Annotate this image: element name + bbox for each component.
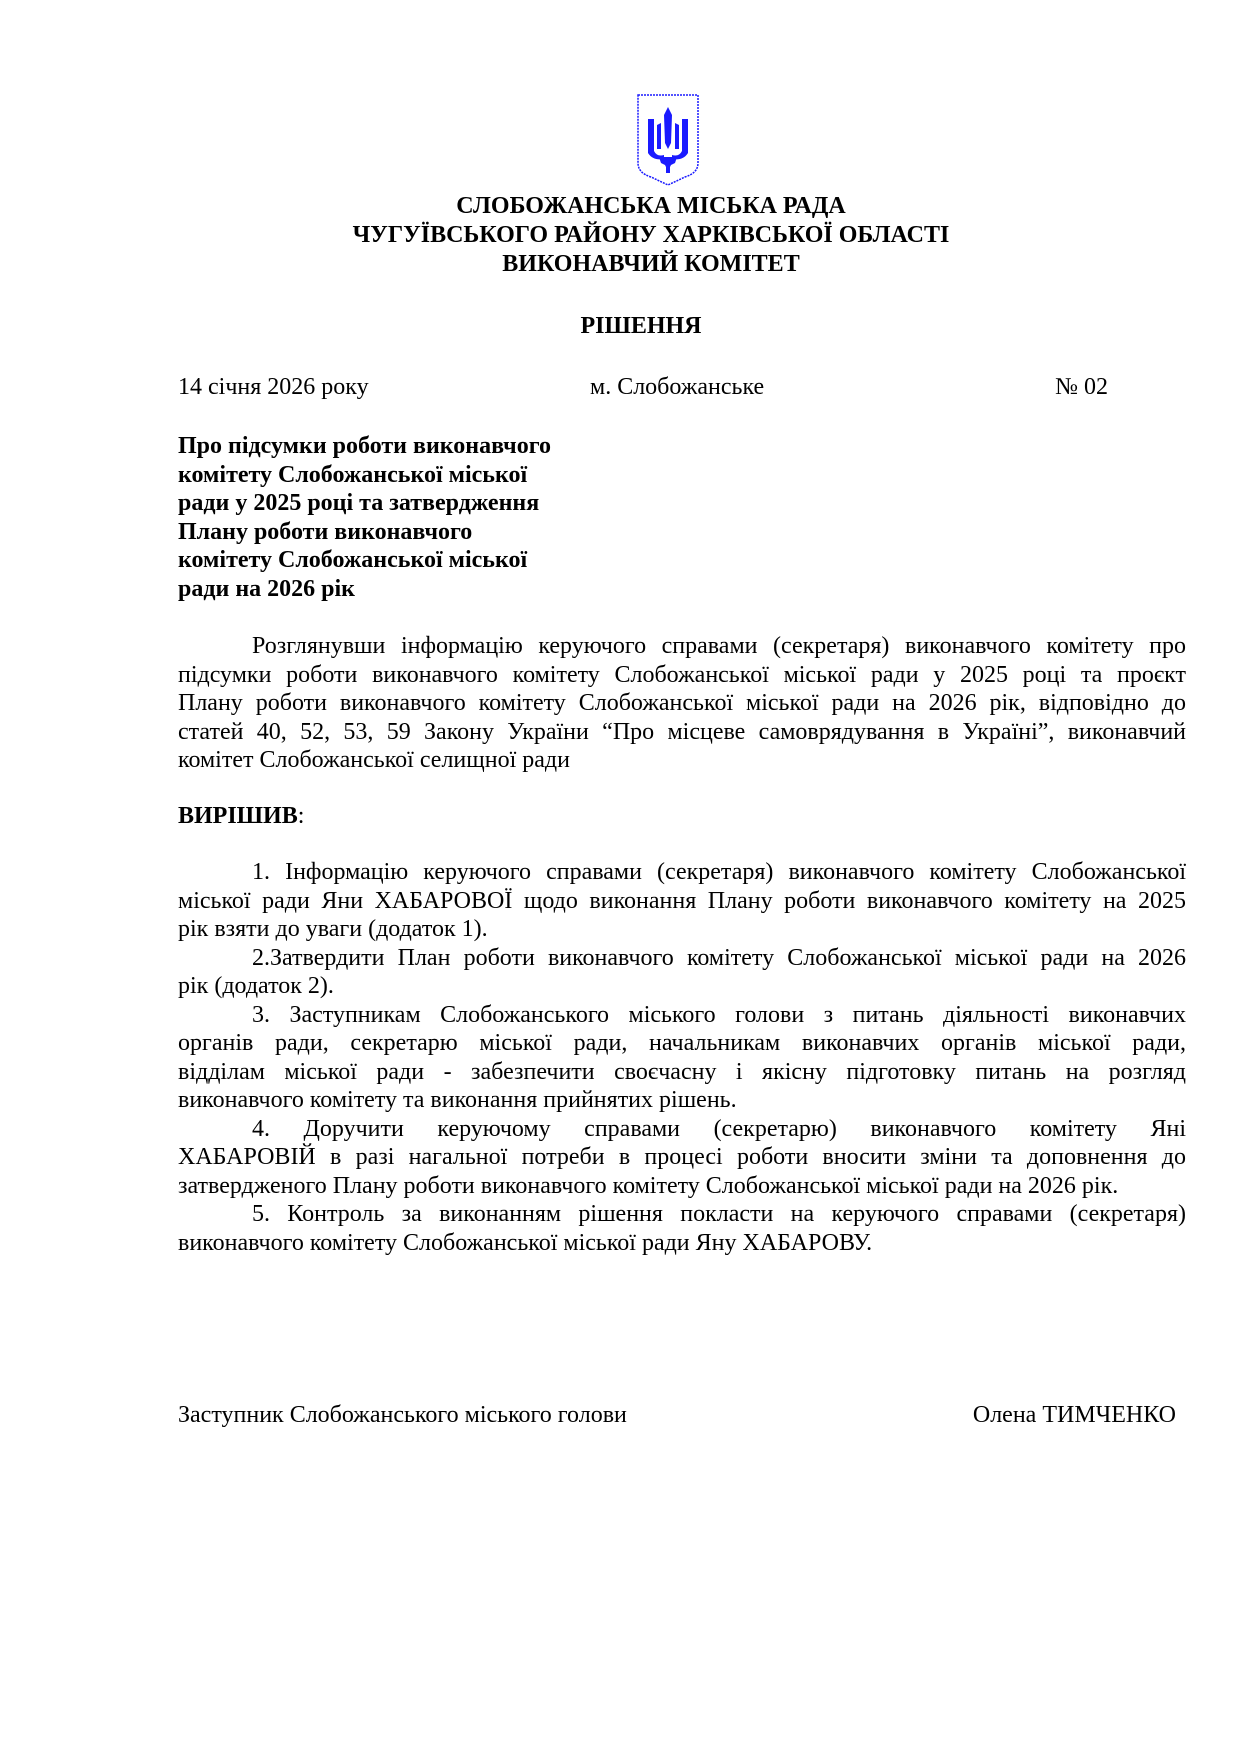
item-4-line: ХАБАРОВІЙ в разі нагальної потреби в про… <box>178 1143 1186 1172</box>
item-3-line: відділам міської ради - забезпечити своє… <box>178 1058 1186 1087</box>
item-2-line: 2.Затвердити План роботи виконавчого ком… <box>178 944 1186 973</box>
document-date: 14 січня 2026 року <box>178 374 369 401</box>
subject-line: ради у 2025 році та затвердження <box>178 489 598 518</box>
document-meta-row: 14 січня 2026 року м. Слобожанське № 02 <box>178 374 1108 404</box>
preamble-line: статей 40, 52, 53, 59 Закону України “Пр… <box>178 718 1186 747</box>
subject-line: ради на 2026 рік <box>178 575 598 604</box>
issuing-authority-header: СЛОБОЖАНСЬКА МІСЬКА РАДА ЧУГУЇВСЬКОГО РА… <box>0 192 1240 279</box>
item-4-line: 4. Доручити керуючому справами (секретар… <box>178 1115 1186 1144</box>
document-page: СЛОБОЖАНСЬКА МІСЬКА РАДА ЧУГУЇВСЬКОГО РА… <box>0 0 1240 1754</box>
signatory-position: Заступник Слобожанського міського голови <box>178 1402 627 1429</box>
ukraine-coat-of-arms-icon <box>635 93 701 187</box>
item-1-line: міської ради Яни ХАБАРОВОЇ щодо виконанн… <box>178 887 1186 916</box>
signature-block: Заступник Слобожанського міського голови… <box>178 1402 1176 1432</box>
preamble-line: підсумки роботи виконавчого комітету Сло… <box>178 661 1186 690</box>
resolved-colon: : <box>298 803 305 829</box>
item-3-line: органів ради, секретарю міської ради, на… <box>178 1029 1186 1058</box>
preamble-line: комітет Слобожанської селищної ради <box>178 746 1186 775</box>
item-3-line: 3. Заступникам Слобожанського міського г… <box>178 1001 1186 1030</box>
header-line-committee: ВИКОНАВЧИЙ КОМІТЕТ <box>0 250 1240 279</box>
item-4-line: затвердженого Плану роботи виконавчого к… <box>178 1172 1186 1201</box>
item-1-line: рік взяти до уваги (додаток 1). <box>178 915 1186 944</box>
item-5-line: виконавчого комітету Слобожанської міськ… <box>178 1229 1186 1258</box>
header-line-council: СЛОБОЖАНСЬКА МІСЬКА РАДА <box>0 192 1240 221</box>
preamble-paragraph: Розглянувши інформацію керуючого справам… <box>178 632 1186 775</box>
subject-line: Плану роботи виконавчого <box>178 518 598 547</box>
signatory-name: Олена ТИМЧЕНКО <box>973 1402 1176 1429</box>
subject-line: комітету Слобожанської міської <box>178 546 598 575</box>
resolved-heading: ВИРІШИВ: <box>178 803 304 830</box>
document-number: № 02 <box>1055 374 1108 401</box>
document-type-title: РІШЕННЯ <box>0 313 1240 340</box>
item-3-line: виконавчого комітету та виконання прийня… <box>178 1086 1186 1115</box>
decision-subject: Про підсумки роботи виконавчого комітету… <box>178 432 598 603</box>
subject-line: Про підсумки роботи виконавчого <box>178 432 598 461</box>
preamble-line: Розглянувши інформацію керуючого справам… <box>178 632 1186 661</box>
resolution-items: 1. Інформацію керуючого справами (секрет… <box>178 858 1186 1257</box>
document-city: м. Слобожанське <box>590 374 764 401</box>
header-line-district: ЧУГУЇВСЬКОГО РАЙОНУ ХАРКІВСЬКОЇ ОБЛАСТІ <box>0 221 1240 250</box>
item-2-line: рік (додаток 2). <box>178 972 1186 1001</box>
preamble-line: Плану роботи виконавчого комітету Слобож… <box>178 689 1186 718</box>
subject-line: комітету Слобожанської міської <box>178 461 598 490</box>
resolved-label: ВИРІШИВ <box>178 803 298 829</box>
item-1-line: 1. Інформацію керуючого справами (секрет… <box>178 858 1186 887</box>
item-5-line: 5. Контроль за виконанням рішення поклас… <box>178 1200 1186 1229</box>
